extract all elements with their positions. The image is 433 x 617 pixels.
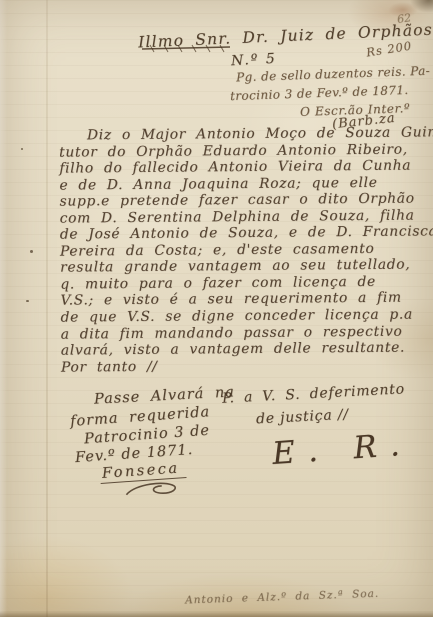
- ink-spot: [26, 300, 29, 302]
- case-number: N.º 5: [231, 51, 278, 69]
- fee-note: Rs 200: [365, 38, 413, 59]
- addressee-underline-flourish: [140, 44, 236, 54]
- body-line: Por tanto //: [61, 356, 427, 376]
- erm-formula: E. R. M.: [271, 420, 433, 472]
- closing-line: de justiça //: [256, 407, 350, 428]
- vertical-crease: [46, 0, 48, 617]
- decision-line: Passe Alvará na: [94, 384, 236, 407]
- paper-bottom-edge: [0, 611, 433, 617]
- closing-line: P. a V. S. deferimento: [222, 381, 406, 407]
- manuscript-page: 62 Illmo Snr. Dr. Juiz de Orphãos N.º 5 …: [0, 0, 433, 617]
- ink-spot: [21, 148, 23, 150]
- footer-annotation: Antonio e Alz.º da Sz.ª Soa.: [185, 588, 379, 607]
- stamp-date-line: trocinio 3 de Fev.º de 1871.: [230, 83, 409, 103]
- petition-body: Diz o Major Antonio Moço de Souza Guim.,…: [59, 124, 427, 375]
- paper-left-edge: [0, 0, 7, 617]
- ink-spot: [30, 250, 33, 253]
